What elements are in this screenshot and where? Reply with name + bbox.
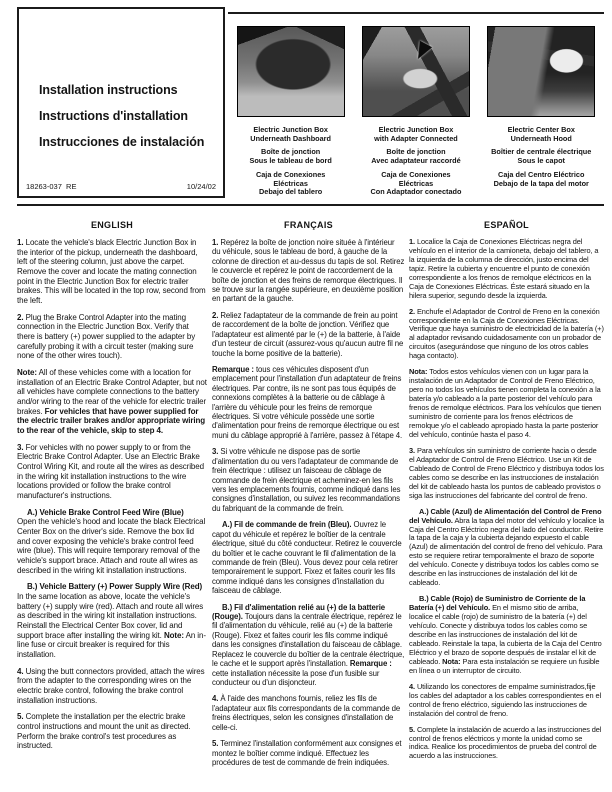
column-english-heading: ENGLISH: [17, 220, 207, 231]
title-group: Installation instructions Instructions d…: [19, 77, 223, 155]
en-step-1: 1. Locate the vehicle's black Electric J…: [17, 238, 207, 306]
photo-junction-box-adapter: [362, 26, 470, 117]
column-spanish: ESPAÑOL 1. Localice la Caja de Conexione…: [409, 212, 604, 768]
photo-junction-box-dashboard: [237, 26, 345, 117]
es-step-3: 3. Para vehículos sin suministro de corr…: [409, 447, 604, 501]
header-bottom-rule: [17, 204, 604, 206]
panel-junction-box-adapter: Electric Junction Box with Adapter Conne…: [353, 26, 478, 202]
caption-3: Electric Center Box Underneath Hood Boît…: [491, 126, 591, 193]
es-step-1: 1. Localice la Caja de Conexiones Eléctr…: [409, 238, 604, 301]
fr-section-a: A.) Fil de commande de frein (Bleu). Ouv…: [212, 520, 405, 595]
en-note: Note: All of these vehicles come with a …: [17, 368, 207, 436]
en-section-a: A.) Vehicle Brake Control Feed Wire (Blu…: [17, 508, 207, 576]
column-french: FRANÇAIS 1. Repérez la boîte de jonction…: [212, 212, 405, 774]
es-step-4: 4. Utilizando los conectores de empalme …: [409, 683, 604, 719]
page-title-en: Installation instructions: [39, 77, 223, 103]
caption-2-en-line2: with Adapter Connected: [370, 135, 461, 144]
adapter-pointer-arrow-icon: [412, 41, 432, 63]
caption-2: Electric Junction Box with Adapter Conne…: [370, 126, 461, 202]
page-title-fr: Instructions d'installation: [39, 103, 223, 129]
panel-junction-box-dashboard: Electric Junction Box Underneath Dashboa…: [228, 26, 353, 202]
en-step-4: 4. Using the butt connectors provided, a…: [17, 667, 207, 706]
caption-1-fr-line2: Sous le tableau de bord: [249, 157, 331, 166]
caption-3-fr-line2: Sous le capot: [491, 157, 591, 166]
fr-step-2: 2. Reliez l'adaptateur de la commande de…: [212, 311, 405, 358]
title-footer: 18263-037 RE 10/24/02: [26, 182, 216, 191]
es-note: Nota: Todos estos vehículos vienen con u…: [409, 368, 604, 440]
header-top-rule: [228, 12, 604, 14]
en-step-3: 3. For vehicles with no power supply to …: [17, 443, 207, 501]
page-title-es: Instrucciones de instalación: [39, 129, 223, 155]
fr-step-1: 1. Repérez la boîte de jonction noire si…: [212, 238, 405, 304]
fr-step-4: 4. À l'aide des manchons fournis, reliez…: [212, 694, 405, 732]
photo-panels: Electric Junction Box Underneath Dashboa…: [228, 26, 604, 202]
caption-1-en-line2: Underneath Dashboard: [249, 135, 331, 144]
caption-2-fr-line2: Avec adaptateur raccordé: [370, 157, 461, 166]
column-spanish-heading: ESPAÑOL: [409, 220, 604, 231]
column-french-heading: FRANÇAIS: [212, 220, 405, 231]
en-step-5: 5. Complete the installation per the ele…: [17, 712, 207, 751]
fr-section-b: B.) Fil d'alimentation relié au (+) de l…: [212, 603, 405, 688]
doc-number: 18263-037 RE: [26, 182, 76, 191]
caption-3-es-line2: Debajo de la tapa del motor: [491, 180, 591, 189]
fr-step-5: 5. Terminez l'installation conformément …: [212, 739, 405, 767]
photo-center-box-hood: [487, 26, 595, 117]
en-step-2: 2. Plug the Brake Control Adapter into t…: [17, 313, 207, 361]
title-box: Installation instructions Instructions d…: [17, 7, 225, 198]
doc-date: 10/24/02: [187, 182, 216, 191]
caption-2-es-line3: Con Adaptador conectado: [370, 188, 461, 197]
column-english: ENGLISH 1. Locate the vehicle's black El…: [17, 212, 207, 758]
caption-1-es-line3: Debajo del tablero: [249, 188, 331, 197]
en-section-b: B.) Vehicle Battery (+) Power Supply Wir…: [17, 582, 207, 659]
es-step-5: 5. Complete la instalación de acuerdo a …: [409, 726, 604, 762]
fr-step-3: 3. Si votre véhicule ne dispose pas de s…: [212, 447, 405, 513]
fr-note: Remarque : tous ces véhicules disposent …: [212, 365, 405, 440]
es-section-b: B.) Cable (Rojo) de Suministro de Corrie…: [409, 595, 604, 676]
es-step-2: 2. Enchufe el Adaptador de Control de Fr…: [409, 308, 604, 362]
instruction-sheet: Installation instructions Instructions d…: [0, 0, 612, 792]
panel-center-box-hood: Electric Center Box Underneath Hood Boît…: [479, 26, 604, 202]
caption-1: Electric Junction Box Underneath Dashboa…: [249, 126, 331, 202]
caption-3-en-line2: Underneath Hood: [491, 135, 591, 144]
es-section-a: A.) Cable (Azul) de Alimentación del Con…: [409, 508, 604, 589]
